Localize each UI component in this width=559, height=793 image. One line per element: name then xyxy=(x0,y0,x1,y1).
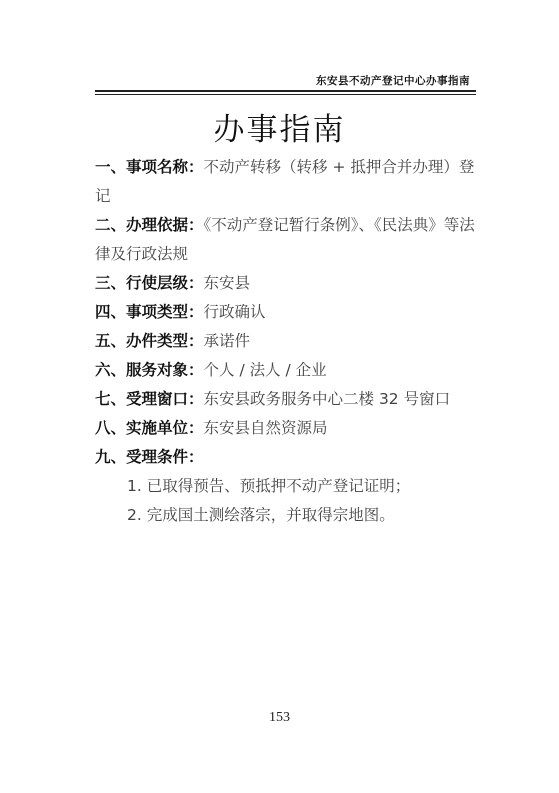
item-label: 四、事项类型： xyxy=(95,303,204,321)
item-value: 东安县政务服务中心二楼 32 号窗口 xyxy=(204,390,451,408)
item-matter-type: 四、事项类型：行政确认 xyxy=(95,298,485,327)
item-acceptance-conditions: 九、受理条件： xyxy=(95,443,485,472)
condition-item-1: 1. 已取得预告、预抵押不动产登记证明； xyxy=(95,472,485,501)
condition-item-2: 2. 完成国土测绘落宗，并取得宗地图。 xyxy=(95,501,485,530)
item-value: 东安县自然资源局 xyxy=(204,419,328,437)
item-value: 东安县 xyxy=(204,274,251,292)
running-header: 东安县不动产登记中心办事指南 xyxy=(95,73,476,88)
item-case-type: 五、办件类型：承诺件 xyxy=(95,327,485,356)
item-authority-level: 三、行使层级：东安县 xyxy=(95,269,485,298)
item-matter-name: 一、事项名称：不动产转移（转移 + 抵押合并办理）登记 xyxy=(95,153,485,211)
item-label: 六、服务对象： xyxy=(95,361,204,379)
item-value: 个人 / 法人 / 企业 xyxy=(204,361,327,379)
header-divider-thick xyxy=(95,90,476,92)
item-service-target: 六、服务对象：个人 / 法人 / 企业 xyxy=(95,356,485,385)
item-service-window: 七、受理窗口：东安县政务服务中心二楼 32 号窗口 xyxy=(95,385,485,414)
guide-content: 一、事项名称：不动产转移（转移 + 抵押合并办理）登记 二、办理依据：《不动产登… xyxy=(95,153,485,530)
item-label: 七、受理窗口： xyxy=(95,390,204,408)
item-value: 行政确认 xyxy=(204,303,266,321)
item-label: 八、实施单位： xyxy=(95,419,204,437)
item-label: 二、办理依据： xyxy=(95,216,204,234)
item-label: 九、受理条件： xyxy=(95,448,204,466)
item-label: 一、事项名称： xyxy=(95,158,204,176)
item-value: 承诺件 xyxy=(204,332,251,350)
page-title: 办事指南 xyxy=(0,104,559,149)
item-label: 三、行使层级： xyxy=(95,274,204,292)
item-implementing-unit: 八、实施单位：东安县自然资源局 xyxy=(95,414,485,443)
header-divider-thin xyxy=(95,94,476,95)
page-number: 153 xyxy=(0,710,559,726)
header-divider xyxy=(95,90,476,95)
item-legal-basis: 二、办理依据：《不动产登记暂行条例》、《民法典》等法律及行政法规 xyxy=(95,211,485,269)
item-label: 五、办件类型： xyxy=(95,332,204,350)
